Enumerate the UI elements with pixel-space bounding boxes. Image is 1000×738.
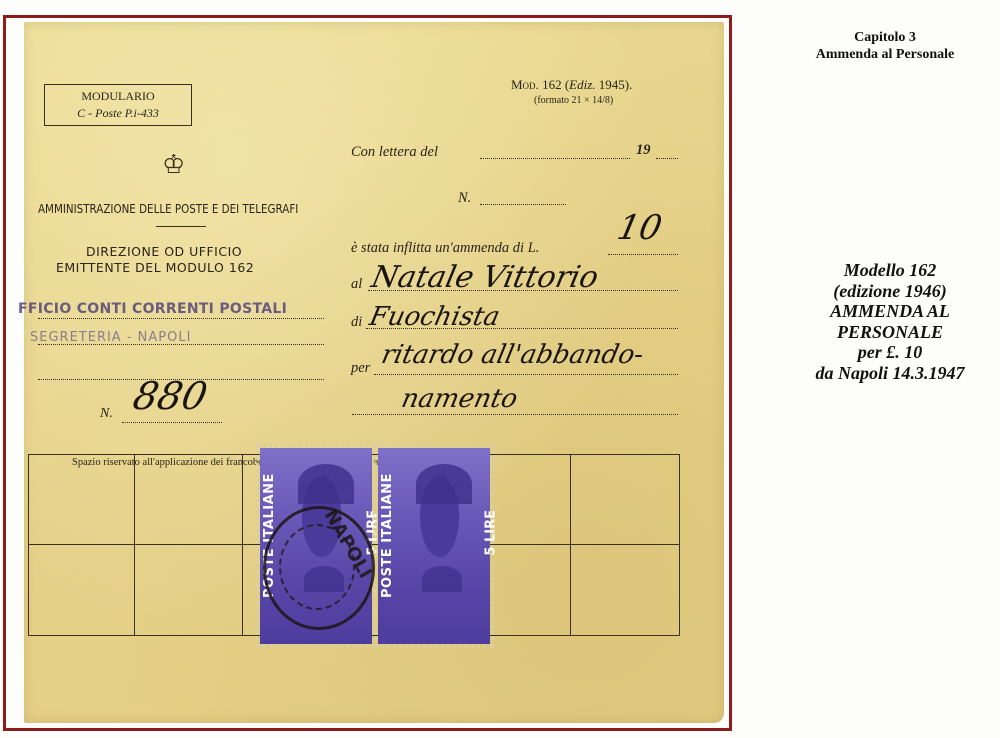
modulario-label: MODULARIO — [45, 88, 191, 105]
model-number: Mod. 162 (Ediz. 1945). — [511, 77, 632, 93]
grid-rule — [134, 454, 135, 635]
basilica-dome-icon — [416, 464, 472, 504]
dotted-line — [38, 318, 324, 319]
number-label: N. — [100, 406, 113, 422]
divider — [156, 226, 206, 227]
format-note: (formato 21 × 14/8) — [534, 95, 613, 106]
issuer-line-1: DIREZIONE OD UFFICIO — [86, 244, 242, 259]
issuer-line-2: EMITTENTE DEL MODULO 162 — [56, 260, 254, 275]
office-stamp-line-1: FFICIO CONTI CORRENTI POSTALI — [18, 301, 287, 317]
caption-line: Modello 162 — [780, 260, 1000, 281]
administration-heading: AMMINISTRAZIONE DELLE POSTE E DEI TELEGR… — [38, 202, 298, 216]
year-line — [656, 158, 678, 159]
recipient-handwritten: Natale Vittorio — [368, 260, 601, 295]
edition-label: Ediz. — [569, 77, 595, 92]
caption-line: PERSONALE — [780, 322, 1000, 343]
edition-year: 1945 — [599, 77, 625, 92]
role-handwritten: Fuochista — [367, 302, 503, 332]
number-field-line — [122, 422, 222, 423]
office-stamp-line-2: SEGRETERIA - NAPOLI — [30, 330, 191, 345]
crest-icon: ♔ — [162, 150, 185, 180]
chapter-title: Ammenda al Personale — [780, 46, 990, 63]
basilica-dome-icon — [298, 464, 354, 504]
letter-year: 19 — [636, 142, 651, 159]
grid-rule — [679, 454, 680, 635]
fine-line — [608, 254, 678, 255]
description-caption: Modello 162 (edizione 1946) AMMENDA AL P… — [780, 260, 1000, 383]
letter-number-line — [480, 204, 566, 205]
chapter-number: Capitolo 3 — [780, 29, 990, 46]
reason-handwritten-2: namento — [399, 384, 521, 414]
caption-line: da Napoli 14.3.1947 — [780, 363, 1000, 384]
letter-label: Con lettera del — [351, 144, 438, 161]
fine-label: è stata inflitta un'ammenda di L. — [351, 240, 539, 257]
stamp-value: 5 LIRE — [484, 510, 499, 556]
letter-number-label: N. — [458, 190, 471, 207]
reason-handwritten-1: ritardo all'abbando- — [379, 340, 646, 370]
chapter-caption: Capitolo 3 Ammenda al Personale — [780, 29, 990, 63]
caption-line: AMMENDA AL — [780, 301, 1000, 322]
fine-handwritten: 10 — [614, 208, 666, 248]
model-code: 162 — [542, 77, 562, 92]
reason-line-2 — [352, 414, 678, 415]
modulario-box: MODULARIO C - Poste P.i-433 — [44, 84, 192, 126]
grid-rule — [28, 454, 29, 635]
caption-line: (edizione 1946) — [780, 281, 1000, 302]
postage-stamp: POSTE ITALIANE 5 LIRE — [378, 448, 490, 644]
caption-line: per £. 10 — [780, 342, 1000, 363]
reason-line — [374, 374, 678, 375]
role-label: di — [351, 314, 362, 331]
model-prefix: Mod. — [511, 77, 539, 92]
grid-rule — [570, 454, 571, 635]
number-handwritten: 880 — [129, 374, 211, 418]
basilica-dome-icon — [422, 566, 462, 592]
postal-form: MODULARIO C - Poste P.i-433 ♔ AMMINISTRA… — [24, 22, 724, 723]
letter-date-line — [480, 158, 630, 159]
recipient-label: al — [351, 276, 362, 293]
grid-rule — [242, 454, 243, 635]
reason-label: per — [351, 360, 370, 377]
stamp-country: POSTE ITALIANE — [380, 473, 395, 598]
modulario-code: C - Poste P.i-433 — [45, 105, 191, 122]
